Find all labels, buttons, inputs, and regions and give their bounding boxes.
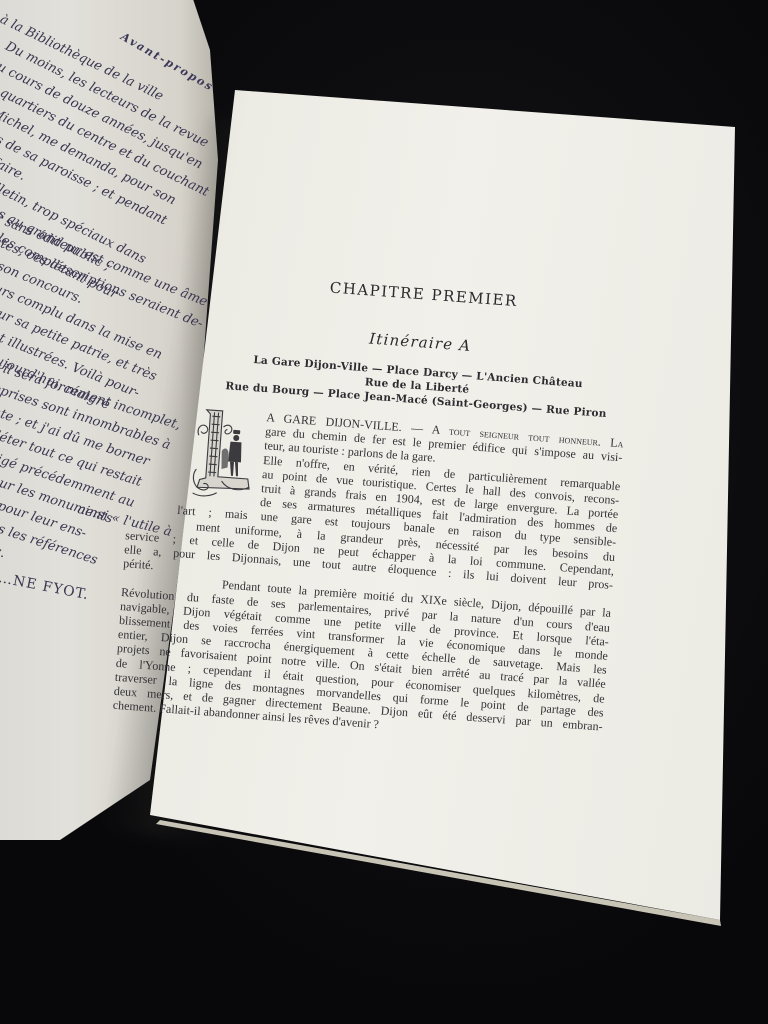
book-photo-scene: Avant-propos …t et à la Bibliothèque de … (0, 0, 768, 1024)
right-page-text: CHAPITRE PREMIER Itinéraire A La Gare Di… (182, 270, 634, 748)
illuminated-drop-cap-l-icon (190, 405, 259, 501)
body-text: A GARE DIJON-VILLE. — A tout seigneur to… (182, 406, 624, 748)
